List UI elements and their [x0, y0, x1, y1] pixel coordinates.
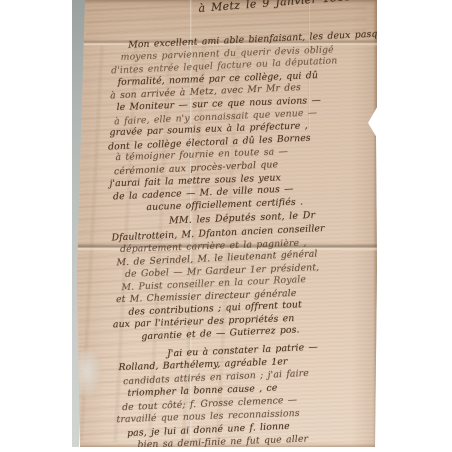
paragraph-3: J'ai eu à constater la patrie — Rolland,… [114, 339, 376, 447]
letter-photo: à Metz le 9 Janvier 1815 Mon excellent a… [72, 0, 378, 447]
paragraph-1: Mon excellent ami able bienfaisant, les … [102, 30, 367, 216]
handwriting-block: Mon excellent ami able bienfaisant, les … [102, 30, 376, 447]
letter-paper: à Metz le 9 Janvier 1815 Mon excellent a… [72, 0, 377, 447]
product-photo-page: à Metz le 9 Janvier 1815 Mon excellent a… [0, 0, 452, 452]
paragraph-2: Dfaultrottein, M. Dfanton ancien conseil… [109, 222, 371, 344]
